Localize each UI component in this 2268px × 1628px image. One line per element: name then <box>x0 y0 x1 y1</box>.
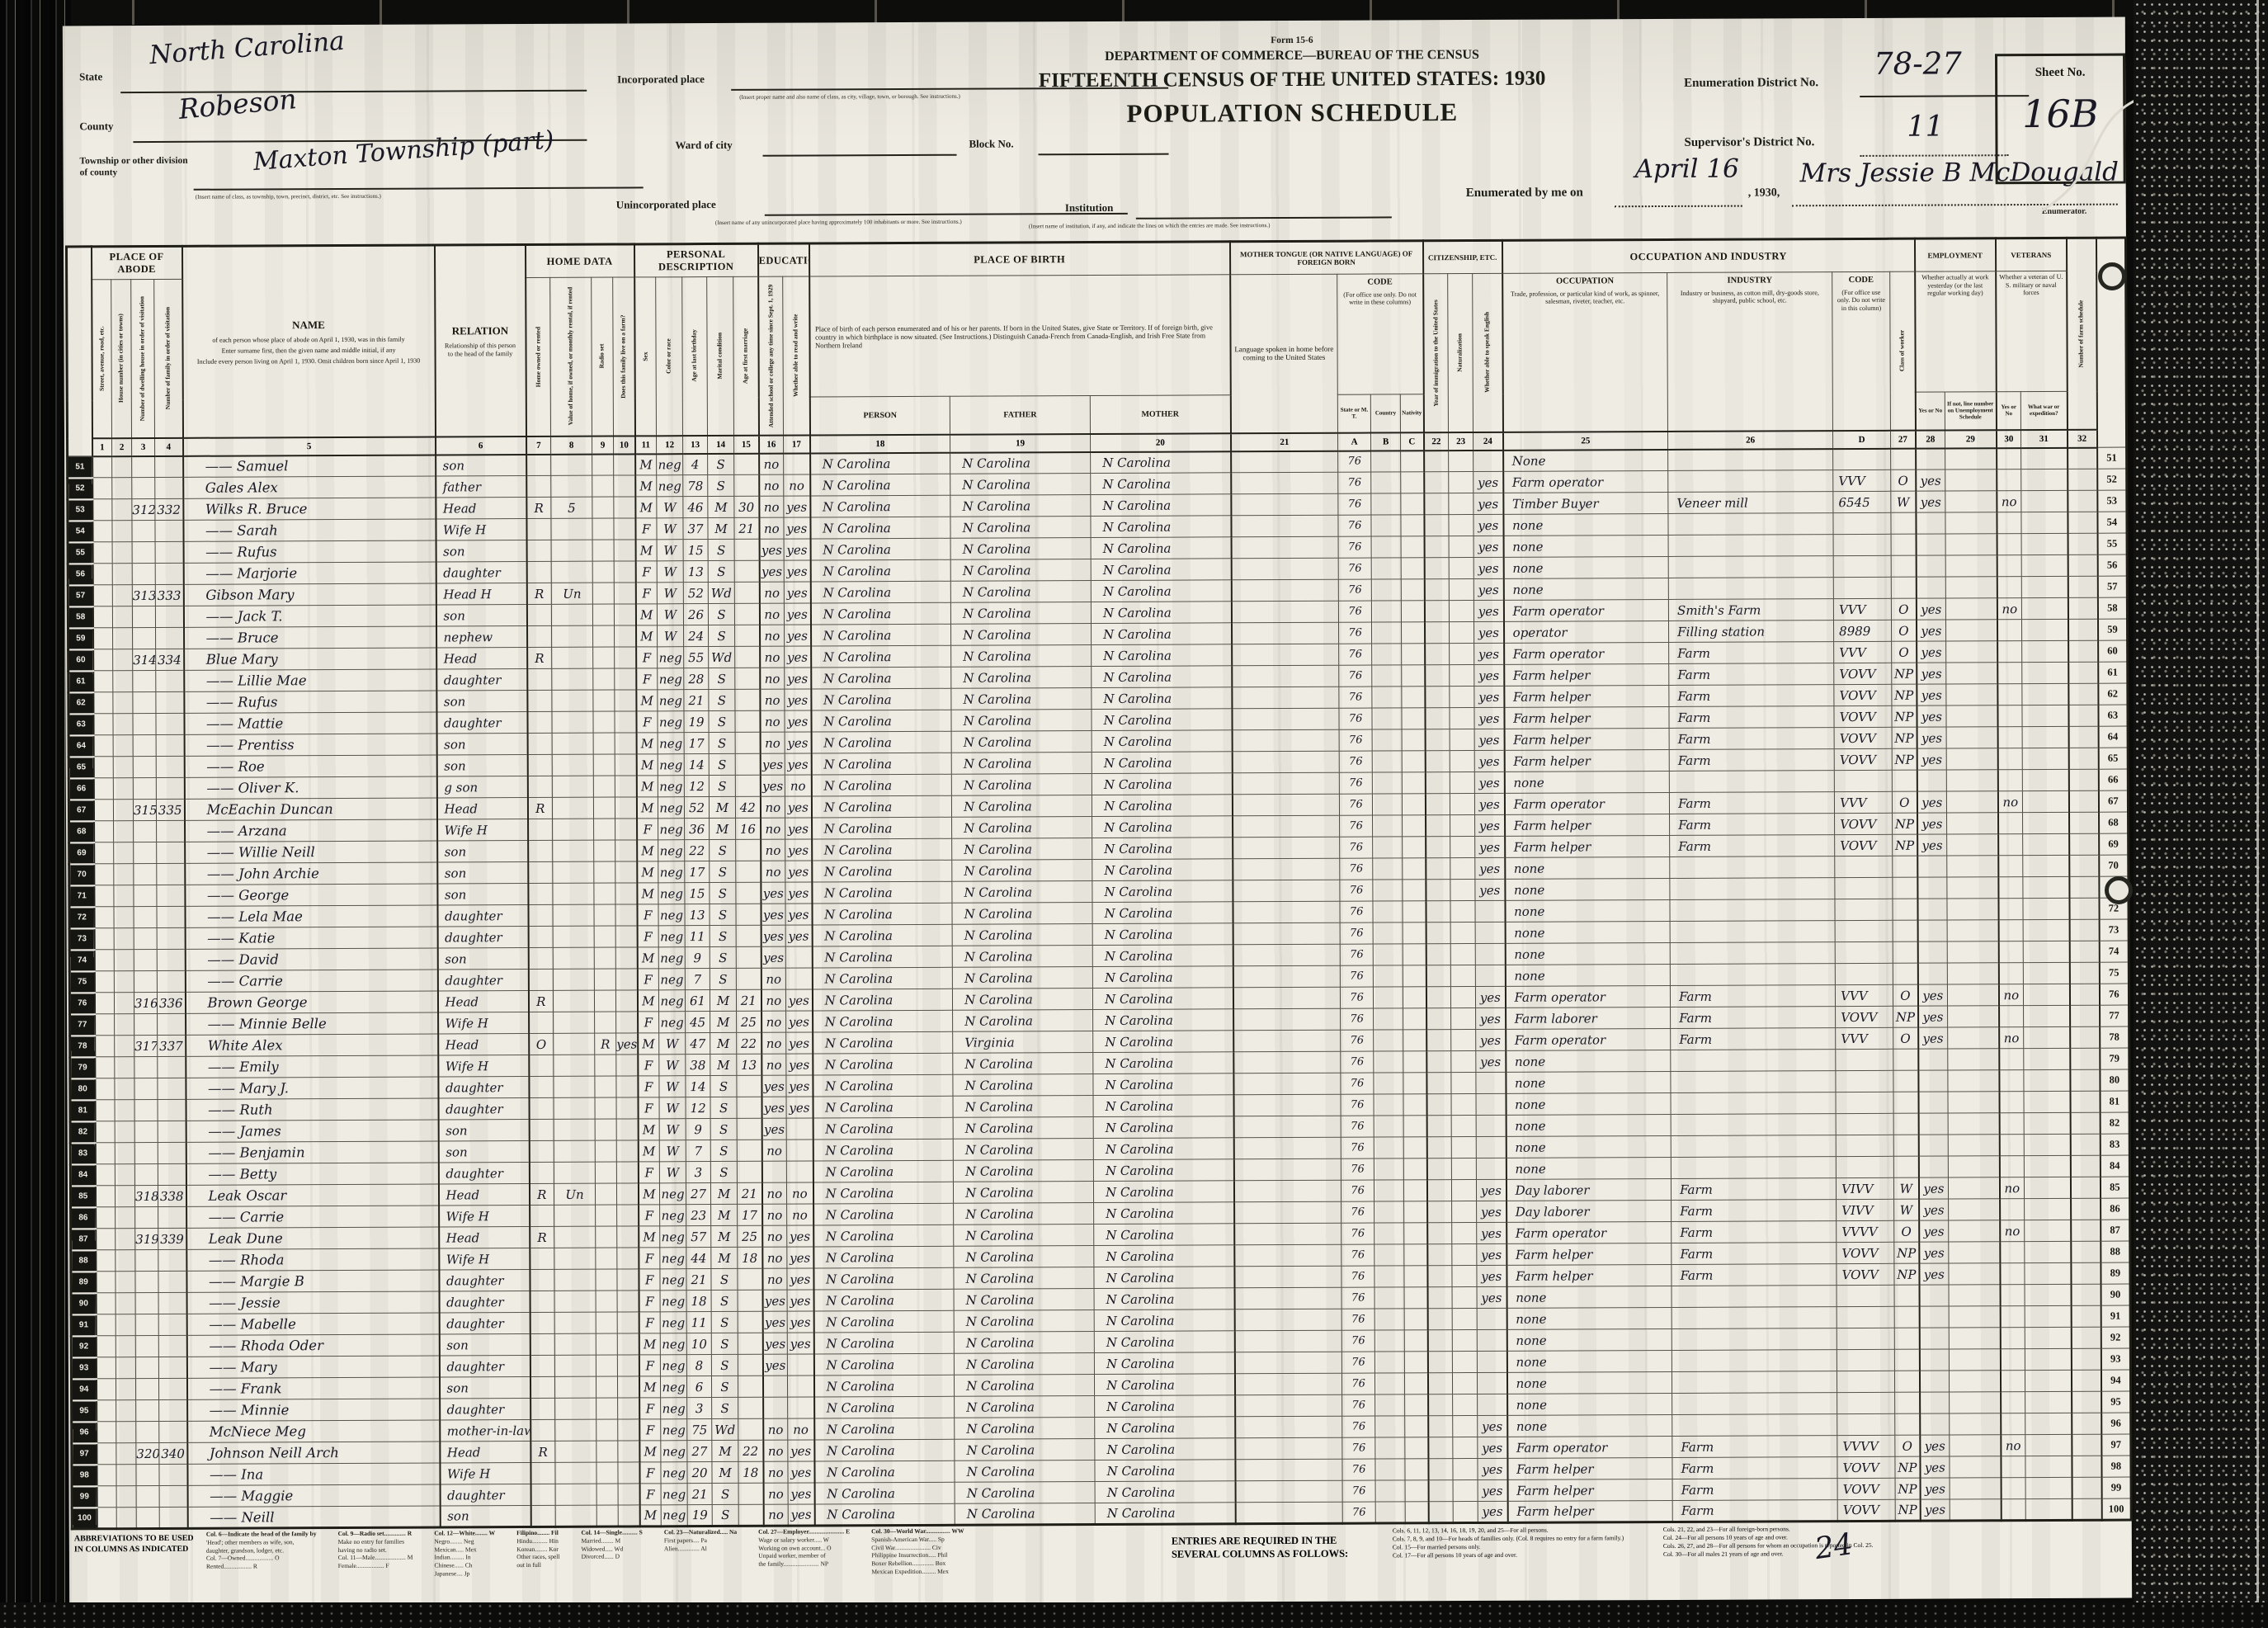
institution-rule <box>1136 216 1392 219</box>
cell-code <box>1835 856 1893 877</box>
column-number: A <box>1338 432 1371 451</box>
cell-ind <box>1672 1414 1837 1437</box>
cell-vet <box>1998 899 2023 920</box>
col-read-write-head: Whether able to read and write <box>783 276 810 435</box>
cell-val <box>554 1097 595 1119</box>
cell-val <box>553 861 594 883</box>
abbreviation-block: Col. 27—Employer....................... … <box>758 1527 850 1576</box>
cell-radio <box>592 454 614 475</box>
cell-work <box>1920 1413 1950 1435</box>
line-number-left: 60 <box>68 649 93 671</box>
cell-fam <box>158 1163 186 1185</box>
line-number-right: 68 <box>2099 812 2129 833</box>
cell-radio <box>595 1012 616 1033</box>
cell-code <box>1836 1113 1893 1135</box>
cell-bpp: N Carolina <box>812 967 952 989</box>
cell-imm <box>1428 1480 1453 1502</box>
cell-c1 <box>92 499 112 521</box>
cell-cls: O <box>1894 1220 1919 1242</box>
cell-c1 <box>93 714 113 735</box>
cell-sch: no <box>763 1483 788 1504</box>
cell-bpp: N Carolina <box>813 1010 953 1032</box>
cell-c1 <box>93 735 113 757</box>
cell-rel: Head <box>438 1034 529 1055</box>
cell-code <box>1837 1328 1894 1349</box>
cell-bpp: N Carolina <box>812 860 952 882</box>
cell-bpp: N Carolina <box>814 1439 955 1461</box>
cell-own <box>529 1097 554 1119</box>
line-number-right: 60 <box>2098 640 2128 662</box>
cell-bpf: N Carolina <box>951 731 1092 753</box>
cell-farm <box>617 1205 639 1226</box>
cell-bpm: N Carolina <box>1091 473 1231 495</box>
supervisors-district-label: Supervisor's District No. <box>1684 135 1814 150</box>
cell-ind: Farm <box>1669 663 1834 686</box>
cell-bpf: N Carolina <box>950 474 1091 496</box>
cell-eng: yes <box>1474 686 1504 707</box>
cell-rw <box>788 1376 814 1397</box>
cell-bpp: N Carolina <box>813 1053 953 1075</box>
cell-imm <box>1425 622 1450 644</box>
cell-val <box>552 647 593 668</box>
cell-fs <box>2068 490 2097 512</box>
cell-sch: no <box>759 496 784 517</box>
cell-ca: 76 <box>1339 622 1372 644</box>
column-number: 20 <box>1091 433 1231 452</box>
cell-lang <box>1233 858 1340 880</box>
cell-age: 55 <box>684 647 709 668</box>
cell-imm <box>1425 729 1450 751</box>
cell-agem <box>738 1268 762 1290</box>
cell-c2 <box>114 885 134 907</box>
cell-own <box>527 690 552 711</box>
cell-radio <box>594 861 615 883</box>
cell-age: 11 <box>686 1312 711 1333</box>
cell-c2 <box>112 456 132 478</box>
cell-ca: 76 <box>1338 493 1371 515</box>
cell-bpf: N Carolina <box>951 624 1092 646</box>
occupation-code-desc: (For office use only. Do not write in th… <box>1835 288 1887 312</box>
cell-farm <box>616 1119 638 1140</box>
pob-mother-head: MOTHER <box>1090 395 1230 434</box>
cell-cb <box>1373 858 1403 880</box>
cell-vet <box>2000 1199 2025 1220</box>
cell-fam <box>159 1464 187 1485</box>
cell-unemp <box>1946 641 1997 663</box>
cell-own <box>529 1140 554 1162</box>
cell-work: yes <box>1916 470 1945 491</box>
cell-c1 <box>95 1143 115 1164</box>
cell-imm <box>1428 1437 1453 1459</box>
line-number-right: 87 <box>2101 1220 2130 1241</box>
cell-fs <box>2070 1069 2100 1091</box>
cell-lang <box>1235 1373 1342 1395</box>
cell-mar: M <box>710 818 736 839</box>
cell-cls <box>1891 448 1916 470</box>
cell-work <box>1917 963 1947 984</box>
cell-dw <box>134 1142 158 1163</box>
cell-c2 <box>113 778 133 800</box>
cell-rel: daughter <box>436 712 527 734</box>
cell-nat <box>1450 944 1475 965</box>
line-number-right: 80 <box>2100 1069 2129 1091</box>
cell-farm <box>615 647 636 668</box>
cell-rel: daughter <box>437 970 528 991</box>
enumeration-district-value: 78-27 <box>1874 45 1962 81</box>
cell-age: 21 <box>684 690 709 711</box>
line-col-left-head <box>66 247 92 456</box>
cell-occ: Farm helper <box>1505 814 1670 836</box>
cell-cc <box>1401 472 1424 493</box>
cell-rw: yes <box>787 1333 813 1354</box>
cell-cc <box>1403 1158 1426 1180</box>
cell-mar: M <box>710 1032 737 1054</box>
cell-fam <box>158 1314 186 1335</box>
cell-vet <box>2000 1328 2025 1349</box>
cell-occ: Farm operator <box>1504 642 1669 664</box>
cell-radio <box>594 904 615 926</box>
column-number: 24 <box>1473 432 1503 450</box>
cell-eng <box>1475 965 1505 986</box>
cell-war <box>2024 1112 2070 1134</box>
cell-race: neg <box>658 776 684 797</box>
cell-nat <box>1452 1308 1477 1329</box>
cell-code: VIVV <box>1837 1177 1894 1199</box>
cell-c1 <box>95 1164 115 1186</box>
cell-eng: yes <box>1477 1265 1506 1286</box>
cell-age: 46 <box>683 497 708 518</box>
cell-c2 <box>115 1143 134 1164</box>
cell-agem <box>735 625 760 646</box>
cell-name: —— Neill <box>187 1506 440 1528</box>
cell-imm <box>1426 1158 1451 1180</box>
cell-cls <box>1893 941 1917 963</box>
cell-bpp: N Carolina <box>812 838 952 861</box>
cell-lang <box>1234 1180 1341 1202</box>
line-number-right: 81 <box>2100 1091 2129 1112</box>
cell-bpp: N Carolina <box>812 903 952 925</box>
cell-sex: F <box>639 1248 660 1269</box>
cell-fs <box>2070 1005 2100 1026</box>
cell-rel: son <box>437 841 528 862</box>
cell-bpf: N Carolina <box>954 1289 1094 1311</box>
cell-race: neg <box>660 1205 686 1226</box>
cell-eng: yes <box>1478 1501 1507 1522</box>
cell-work: yes <box>1916 491 1945 512</box>
cell-c1 <box>92 585 112 606</box>
cell-own <box>530 1333 554 1355</box>
cell-cb <box>1375 1459 1405 1480</box>
cell-rw <box>786 1161 813 1182</box>
cell-bpm: N Carolina <box>1092 902 1233 924</box>
cell-cb <box>1374 1051 1403 1073</box>
cell-occ: Farm operator <box>1507 1436 1672 1458</box>
cell-farm <box>616 1162 638 1183</box>
cell-radio <box>596 1312 617 1333</box>
col-class-of-worker-head: Class of worker <box>1890 271 1916 430</box>
cell-cb <box>1371 601 1401 622</box>
cell-unemp <box>1950 1413 2001 1435</box>
cell-eng: yes <box>1474 750 1504 772</box>
cell-age: 27 <box>687 1441 712 1462</box>
cell-bpm: N Carolina <box>1091 559 1231 581</box>
cell-cls: NP <box>1893 834 1917 856</box>
cell-cc <box>1402 644 1425 665</box>
cell-mar: S <box>710 1161 737 1182</box>
cell-age: 13 <box>685 904 710 926</box>
cell-bpp: N Carolina <box>812 946 952 968</box>
cell-sex: M <box>635 454 657 475</box>
cell-race: neg <box>661 1398 687 1419</box>
cell-sch: yes <box>762 1097 786 1118</box>
cell-age: 27 <box>686 1183 710 1205</box>
cell-race: W <box>659 1162 686 1183</box>
cell-unemp <box>1948 1049 1999 1070</box>
cell-fs <box>2069 898 2099 919</box>
cell-cc <box>1405 1480 1428 1502</box>
line-number-left: 76 <box>69 993 94 1014</box>
cell-rel: Head <box>436 498 526 519</box>
cell-val <box>553 819 594 840</box>
cell-cc <box>1401 558 1424 579</box>
cell-agem <box>736 968 761 989</box>
cell-rel: Head <box>436 798 527 819</box>
cell-dw <box>133 777 156 799</box>
cell-val <box>554 1119 595 1140</box>
cell-war <box>2025 1498 2072 1520</box>
cell-nat <box>1452 1351 1477 1372</box>
cell-dw <box>132 477 155 498</box>
cell-rel: Wife H <box>439 1206 530 1227</box>
cell-bpm: N Carolina <box>1092 923 1233 946</box>
cell-val <box>554 1226 596 1248</box>
cell-code: 8989 <box>1834 620 1892 641</box>
col-age-first-marriage-head: Age at first marriage <box>733 276 759 435</box>
cell-c1 <box>96 1336 116 1357</box>
cell-val <box>552 625 593 647</box>
line-number-right: 62 <box>2098 683 2128 705</box>
cell-code: VOVV <box>1834 663 1892 684</box>
cell-nat <box>1453 1479 1478 1501</box>
cell-race: neg <box>660 1312 686 1333</box>
cell-age: 12 <box>684 776 709 797</box>
cell-cb <box>1372 665 1402 687</box>
cell-work <box>1919 1285 1949 1306</box>
cell-fs <box>2070 1112 2100 1134</box>
cell-sex: M <box>639 1376 660 1398</box>
cell-rel: daughter <box>440 1399 530 1420</box>
cell-val <box>553 926 594 947</box>
cell-cc <box>1403 923 1426 944</box>
line-number-left: 65 <box>68 757 93 778</box>
cell-age: 78 <box>683 475 708 497</box>
cell-own <box>530 1205 554 1226</box>
column-number: 19 <box>950 434 1091 453</box>
cell-ind <box>1670 899 1835 922</box>
line-number-left: 100 <box>72 1508 97 1529</box>
cell-occ: none <box>1506 1114 1671 1136</box>
column-number: 10 <box>614 436 635 454</box>
cell-war <box>2021 469 2068 490</box>
cell-unemp <box>1946 770 1997 791</box>
cell-sch: no <box>762 1032 786 1054</box>
cell-nat <box>1449 451 1473 472</box>
cell-own <box>526 518 551 540</box>
cell-age: 23 <box>686 1205 711 1226</box>
cell-farm <box>615 754 636 776</box>
cell-mar: S <box>710 1118 737 1140</box>
line-number-right: 75 <box>2099 962 2129 984</box>
cell-age: 7 <box>685 969 710 990</box>
cell-cb <box>1371 579 1401 601</box>
cell-war <box>2024 1026 2070 1048</box>
cell-agem <box>735 646 760 668</box>
cell-c1 <box>95 1014 115 1036</box>
cell-c1 <box>94 993 114 1014</box>
column-number: 28 <box>1916 430 1945 448</box>
cell-fs <box>2068 683 2098 705</box>
cell-race: W <box>658 625 684 647</box>
cell-race: neg <box>660 1226 686 1248</box>
cell-war <box>2023 962 2069 984</box>
cell-sex: F <box>639 1419 661 1441</box>
cell-bpm: N Carolina <box>1095 1395 1235 1418</box>
cell-code: VVV <box>1834 791 1892 813</box>
line-number-left: 88 <box>71 1250 96 1272</box>
cell-ca: 76 <box>1341 1008 1374 1030</box>
cell-fs <box>2069 855 2099 876</box>
cell-unemp <box>1945 448 1997 470</box>
cell-cc <box>1404 1266 1427 1287</box>
cell-cls: NP <box>1893 1006 1918 1027</box>
cell-race: neg <box>658 647 684 668</box>
cell-cls <box>1893 899 1917 920</box>
cell-war <box>2024 1048 2070 1069</box>
line-number-left: 58 <box>68 606 92 628</box>
cell-name: —— George <box>185 884 437 906</box>
cell-imm <box>1427 1201 1452 1223</box>
cell-imm <box>1426 901 1450 923</box>
cell-imm <box>1428 1373 1453 1394</box>
cell-war <box>2022 705 2068 726</box>
cell-val <box>553 990 594 1012</box>
line-number-right: 91 <box>2101 1305 2130 1327</box>
cell-vet <box>1997 470 2021 491</box>
cell-eng: yes <box>1475 857 1505 879</box>
cell-c2 <box>115 1036 134 1057</box>
cell-own: R <box>526 497 551 518</box>
cell-work: yes <box>1917 705 1946 727</box>
cell-bpm: N Carolina <box>1092 795 1232 817</box>
cell-bpf: Virginia <box>953 1031 1093 1054</box>
cell-rel: Head <box>439 1227 530 1248</box>
cell-cb <box>1372 751 1402 772</box>
cell-age: 52 <box>683 583 708 604</box>
cell-sex: F <box>636 711 658 733</box>
cell-unemp <box>1950 1456 2001 1478</box>
cell-val <box>554 1205 596 1226</box>
cell-fam <box>158 1271 186 1292</box>
cell-name: —— Prentiss <box>184 734 436 756</box>
cell-sch: no <box>759 603 784 625</box>
cell-rw: no <box>788 1418 814 1440</box>
line-number-left: 86 <box>71 1207 96 1229</box>
cell-c2 <box>116 1422 136 1443</box>
col-naturalization-head: Naturalization <box>1448 274 1473 432</box>
cell-own <box>530 1484 555 1505</box>
cell-work <box>1918 1049 1948 1070</box>
cell-eng: yes <box>1476 1029 1506 1050</box>
cell-cb <box>1374 987 1403 1008</box>
cell-fam <box>157 863 185 885</box>
column-number: 32 <box>2068 429 2097 447</box>
cell-race: neg <box>658 754 684 776</box>
cell-mar: M <box>711 1204 738 1225</box>
cell-ca: 76 <box>1340 880 1373 901</box>
cell-mar: M <box>711 1247 738 1268</box>
abbreviation-block: Col. 12—White........ W Negro........ Ne… <box>434 1529 495 1578</box>
county-value: Robeson <box>177 83 298 125</box>
cell-val <box>554 1333 596 1355</box>
cell-eng: yes <box>1477 1286 1506 1308</box>
cell-race: neg <box>658 797 684 819</box>
cell-radio <box>592 518 614 540</box>
cell-farm <box>618 1398 639 1419</box>
cell-fam <box>156 713 184 734</box>
cell-cb <box>1372 622 1402 644</box>
column-number: 12 <box>657 436 683 454</box>
cell-ind: Farm <box>1672 1200 1837 1222</box>
cell-cc <box>1402 794 1425 815</box>
cell-agem <box>735 732 760 753</box>
cell-race: neg <box>658 733 684 754</box>
cell-sex: F <box>638 1097 659 1119</box>
cell-farm <box>617 1291 639 1312</box>
line-number-right: 82 <box>2100 1112 2129 1134</box>
cell-bpp: N Carolina <box>813 1225 954 1247</box>
cell-race: neg <box>661 1484 687 1505</box>
cell-occ: none <box>1507 1393 1672 1415</box>
cell-rel: daughter <box>436 562 526 583</box>
cell-rw: yes <box>785 732 811 753</box>
employment-desc: Whether actually at work yesterday (or t… <box>1915 271 1997 392</box>
line-number-right: 69 <box>2099 833 2129 855</box>
cell-cb <box>1374 1352 1404 1373</box>
cell-bpm: N Carolina <box>1092 816 1233 838</box>
cell-own <box>527 711 552 733</box>
cell-farm <box>617 1312 639 1333</box>
cell-age: 45 <box>686 1012 710 1033</box>
line-number-left: 99 <box>72 1486 97 1508</box>
cell-agem <box>734 539 759 560</box>
cell-imm <box>1427 1287 1452 1309</box>
cell-code: VOVV <box>1834 748 1892 770</box>
cell-age: 6 <box>686 1376 711 1398</box>
cell-eng: yes <box>1474 621 1504 643</box>
cell-code <box>1836 1156 1893 1177</box>
cell-cc <box>1403 837 1426 858</box>
cell-own <box>530 1248 554 1269</box>
cell-bpf: N Carolina <box>954 1267 1094 1290</box>
col-radio-head: Radio set <box>592 277 614 436</box>
cell-bpm: N Carolina <box>1093 1159 1233 1182</box>
veterans-desc: Whether a veteran of U. S. military or n… <box>1996 271 2068 391</box>
cell-c2 <box>113 735 133 757</box>
line-number-left: 83 <box>70 1143 95 1164</box>
cell-radio <box>596 1355 617 1376</box>
line-number-right: 86 <box>2101 1198 2130 1220</box>
cell-race: W <box>659 1033 686 1055</box>
